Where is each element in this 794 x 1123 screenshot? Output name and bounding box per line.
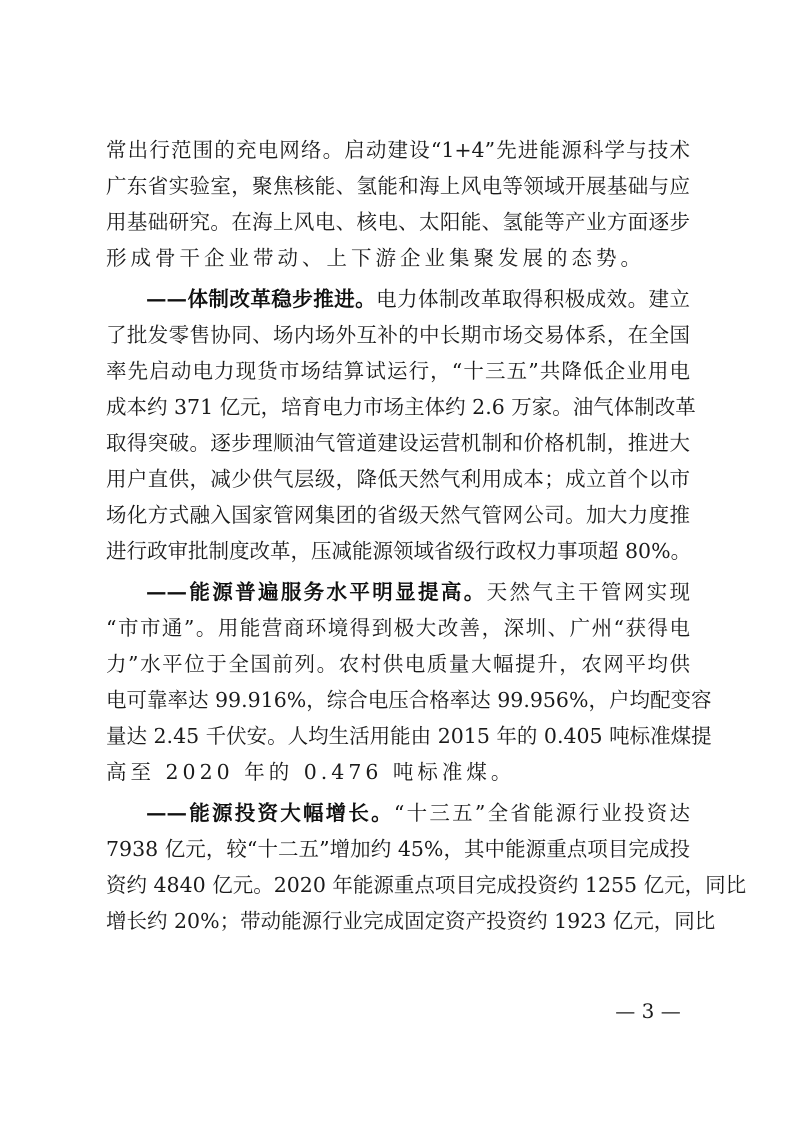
page-number: — 3 —	[612, 998, 684, 1024]
text-line: 7938 亿元，较“十二五”增加约 45%，其中能源重点项目完成投	[106, 831, 690, 867]
text-line: 用基础研究。在海上风电、核电、太阳能、氢能等产业方面逐步	[106, 204, 690, 240]
text-line: 增长约 20%；带动能源行业完成固定资产投资约 1923 亿元，同比	[106, 903, 690, 939]
text-line: “市市通”。用能营商环境得到极大改善，深圳、广州“获得电	[106, 610, 690, 646]
section-lead-heading: ——体制改革稳步推进。	[146, 287, 376, 311]
text-line: 了批发零售协同、场内场外互补的中长期市场交易体系，在全国	[106, 317, 690, 353]
text-line: 量达 2.45 千伏安。人均生活用能由 2015 年的 0.405 吨标准煤提	[106, 718, 690, 754]
document-body: 常出行范围的充电网络。启动建设“1+4”先进能源科学与技术 广东省实验室，聚焦核…	[106, 132, 690, 939]
paragraph-first-line: ——能源投资大幅增长。“十三五”全省能源行业投资达	[106, 795, 690, 831]
text-span: 天然气主干管网实现	[487, 580, 690, 604]
text-line: 取得突破。逐步理顺油气管道建设运营机制和价格机制，推进大	[106, 425, 690, 461]
text-line: 力”水平位于全国前列。农村供电质量大幅提升，农网平均供	[106, 646, 690, 682]
text-line: 用户直供，减少供气层级，降低天然气利用成本；成立首个以市	[106, 461, 690, 497]
text-line: 场化方式融入国家管网集团的省级天然气管网公司。加大力度推	[106, 497, 690, 533]
text-line: 电可靠率达 99.916%，综合电压合格率达 99.956%，户均配变容	[106, 682, 690, 718]
section-lead-heading: ——能源普遍服务水平明显提高。	[146, 580, 487, 604]
text-line: 率先启动电力现货市场结算试运行，“十三五”共降低企业用电	[106, 353, 690, 389]
text-line: 形成骨干企业带动、上下游企业集聚发展的态势。	[106, 240, 690, 276]
text-span: “十三五”全省能源行业投资达	[394, 801, 690, 825]
text-line: 进行政审批制度改革，压减能源领域省级行政权力事项超 80%。	[106, 533, 690, 569]
document-page: 常出行范围的充电网络。启动建设“1+4”先进能源科学与技术 广东省实验室，聚焦核…	[0, 0, 794, 1123]
text-line: 广东省实验室，聚焦核能、氢能和海上风电等领域开展基础与应	[106, 168, 690, 204]
section-lead-heading: ——能源投资大幅增长。	[146, 801, 394, 825]
text-line: 成本约 371 亿元，培育电力市场主体约 2.6 万家。油气体制改革	[106, 389, 690, 425]
text-line: 常出行范围的充电网络。启动建设“1+4”先进能源科学与技术	[106, 132, 690, 168]
text-line: 高至 2020 年的 0.476 吨标准煤。	[106, 754, 690, 790]
paragraph-first-line: ——体制改革稳步推进。电力体制改革取得积极成效。建立	[106, 281, 690, 317]
paragraph-first-line: ——能源普遍服务水平明显提高。天然气主干管网实现	[106, 574, 690, 610]
text-line: 资约 4840 亿元。2020 年能源重点项目完成投资约 1255 亿元，同比	[106, 867, 690, 903]
text-span: 电力体制改革取得积极成效。建立	[376, 287, 690, 311]
